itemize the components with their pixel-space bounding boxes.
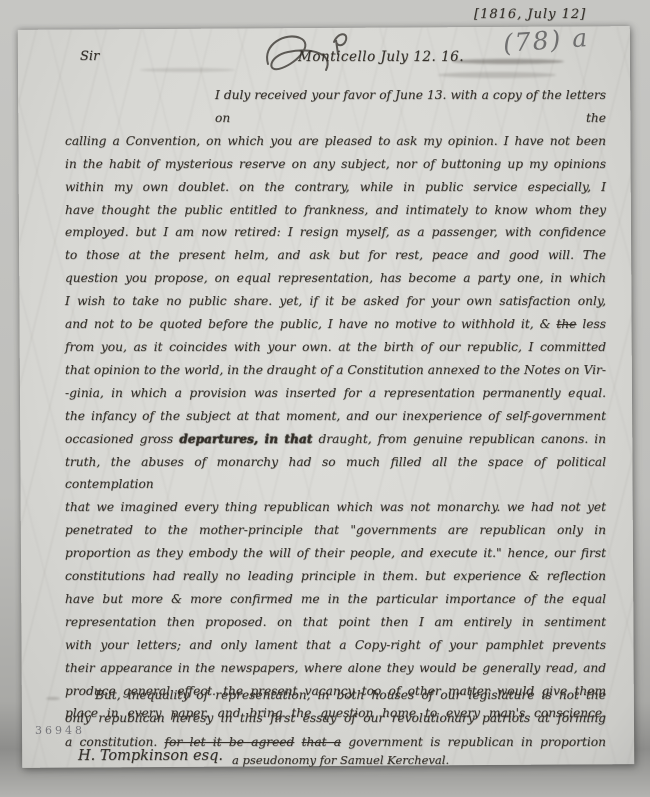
letter-line: the infancy of the subject at that momen… [65, 405, 606, 428]
line-text: truth, the abuses of monarchy had so muc… [65, 455, 606, 492]
line-text: that opinion to the world, in the draugh… [65, 363, 606, 377]
letter-line: have thought the public entitled to fran… [65, 199, 606, 222]
struck-text: that a [302, 735, 341, 749]
line-text: have thought the public entitled to fran… [65, 203, 606, 217]
line-text: proportion as they embody the will of th… [65, 546, 606, 560]
line-text: -ginia, in which a provision was inserte… [65, 386, 606, 400]
letter-line: in the habit of mysterious reserve on an… [65, 153, 606, 176]
ink-smudge [140, 68, 235, 72]
ink-smudge [438, 72, 556, 78]
letter-line: constitutions had really no leading prin… [65, 565, 606, 588]
line-text: in the habit of mysterious reserve on an… [65, 157, 606, 171]
letter-line: employed. but I am now retired: I resign… [65, 221, 606, 244]
letter-line: that opinion to the world, in the draugh… [65, 359, 606, 382]
struck-text: the [556, 317, 576, 331]
line-text: But, inequality of representation, in bo… [95, 688, 606, 702]
letter-body: I duly received your favor of June 13. w… [65, 84, 606, 725]
letter-line: and not to be quoted before the public, … [65, 313, 606, 336]
line-text: I duly received your favor of June 13. w… [215, 88, 606, 125]
letter-line: their appearance in the newspapers, wher… [65, 657, 606, 680]
ink-smudge [452, 59, 564, 64]
letter-line: have but more & more confirmed me in the… [65, 588, 606, 611]
dateline: Monticello July 12. 16. [298, 49, 464, 65]
docket-note: a pseudonomy for Samuel Kercheval. [232, 753, 449, 767]
letter-line: truth, the abuses of monarchy had so muc… [65, 451, 606, 497]
line-text: less [576, 317, 606, 331]
line-text: have but more & more confirmed me in the… [65, 592, 606, 606]
letter-line: within my own doublet. on the contrary, … [65, 176, 606, 199]
letter-line: to those at the present helm, and ask bu… [65, 244, 606, 267]
ink-smudge [46, 697, 60, 700]
letter-line: penetrated to the mother-principle that … [65, 519, 606, 542]
salutation: Sir [80, 49, 99, 64]
letter-line: that we imagined every thing republican … [65, 496, 606, 519]
line-text: occasioned gross [65, 432, 179, 446]
line-text: representation then proposed. on that po… [65, 615, 606, 629]
line-text: government is republican in proportion [341, 735, 606, 749]
line-text: calling a Convention, on which you are p… [65, 134, 606, 148]
blotted-text: departures, in that [179, 432, 312, 446]
struck-text: for let it be agreed [165, 735, 295, 749]
line-text: from you, as it coincides with your own.… [65, 340, 606, 354]
letter-line: But, inequality of representation, in bo… [65, 684, 606, 707]
letter-line: question you propose, on equal represent… [65, 267, 606, 290]
archival-date-annotation: [1816, July 12] [474, 7, 586, 22]
line-text: penetrated to the mother-principle that … [65, 523, 606, 537]
docket-addressee: H. Tompkinson esq. [78, 748, 223, 764]
line-text: to those at the present helm, and ask bu… [65, 248, 606, 262]
archival-page-number: (78) a [502, 23, 590, 58]
letter-line: calling a Convention, on which you are p… [65, 130, 606, 153]
letter-line: I duly received your favor of June 13. w… [65, 84, 606, 130]
line-text: only republican heresy in this first ess… [65, 711, 606, 725]
line-text: within my own doublet. on the contrary, … [65, 180, 606, 194]
line-text: constitutions had really no leading prin… [65, 569, 606, 583]
line-text: I wish to take no public share. yet, if … [65, 294, 606, 308]
line-text: draught, from genuine republican canons.… [312, 432, 606, 446]
letter-line: proportion as they embody the will of th… [65, 542, 606, 565]
letter-line: from you, as it coincides with your own.… [65, 336, 606, 359]
letter-body-paragraph-2: But, inequality of representation, in bo… [65, 684, 606, 754]
line-text: employed. but I am now retired: I resign… [65, 225, 606, 239]
letter-line: I wish to take no public share. yet, if … [65, 290, 606, 313]
letter-line: only republican heresy in this first ess… [65, 707, 606, 730]
line-text: with your letters; and only lament that … [65, 638, 606, 652]
line-text: the infancy of the subject at that momen… [65, 409, 606, 423]
letter-line: occasioned gross departures, in that dra… [65, 428, 606, 451]
archival-stamp: 36948 [35, 724, 85, 737]
line-text: their appearance in the newspapers, wher… [65, 661, 606, 675]
letter-line: with your letters; and only lament that … [65, 634, 606, 657]
line-text [294, 735, 301, 749]
line-text: that we imagined every thing republican … [65, 500, 606, 514]
letter-line: representation then proposed. on that po… [65, 611, 606, 634]
line-text: and not to be quoted before the public, … [65, 317, 556, 331]
line-text: question you propose, on equal represent… [65, 271, 606, 285]
letter-line: -ginia, in which a provision was inserte… [65, 382, 606, 405]
